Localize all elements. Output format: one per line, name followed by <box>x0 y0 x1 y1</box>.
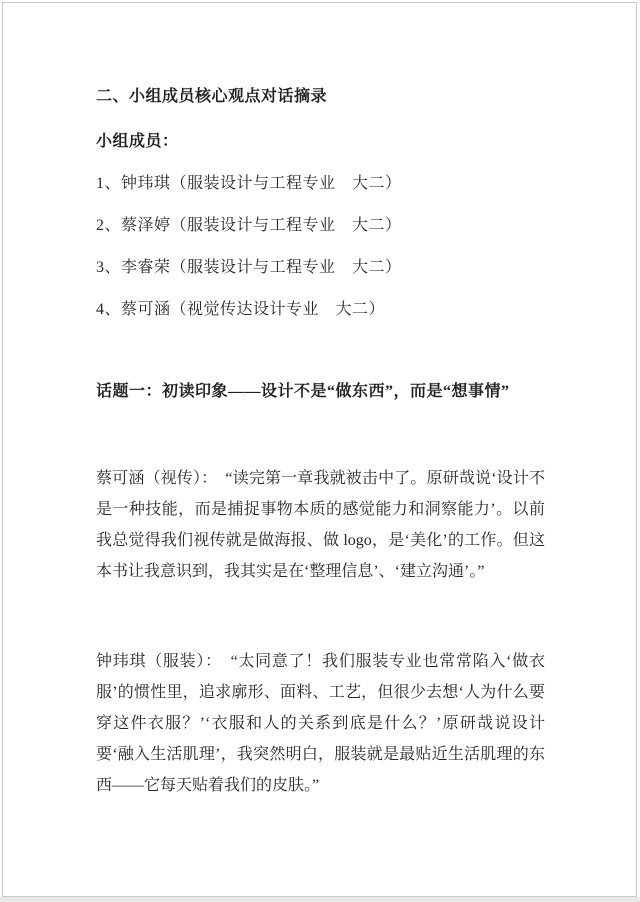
member-item-1: 1、钟玮琪（服装设计与工程专业 大二） <box>96 174 545 194</box>
dialogue-text-2: “太同意了！我们服装专业也常常陷入‘做衣服’的惯性里，追求廓形、面料、工艺，但很… <box>96 653 545 794</box>
speaker-name-2: 钟玮琪（服装）： <box>96 653 231 670</box>
topic-heading: 话题一：初读印象——设计不是“做东西”，而是“想事情” <box>96 382 545 402</box>
member-item-4: 4、蔡可涵（视觉传达设计专业 大二） <box>96 300 545 320</box>
page-gap <box>0 897 640 902</box>
members-heading: 小组成员： <box>96 132 545 152</box>
page-content: 二、小组成员核心观点对话摘录 小组成员： 1、钟玮琪（服装设计与工程专业 大二）… <box>0 0 640 801</box>
member-item-3: 3、李睿荣（服装设计与工程专业 大二） <box>96 258 545 278</box>
document-page: 二、小组成员核心观点对话摘录 小组成员： 1、钟玮琪（服装设计与工程专业 大二）… <box>0 0 640 902</box>
member-item-2: 2、蔡泽婷（服装设计与工程专业 大二） <box>96 216 545 236</box>
dialogue-paragraph-1: 蔡可涵（视传）： “读完第一章我就被击中了。原研哉说‘设计不是一种技能，而是捕捉… <box>96 463 545 587</box>
section-title: 二、小组成员核心观点对话摘录 <box>96 87 545 107</box>
speaker-name-1: 蔡可涵（视传）： <box>96 470 225 487</box>
dialogue-paragraph-2: 钟玮琪（服装）： “太同意了！我们服装专业也常常陷入‘做衣服’的惯性里，追求廓形… <box>96 646 545 801</box>
